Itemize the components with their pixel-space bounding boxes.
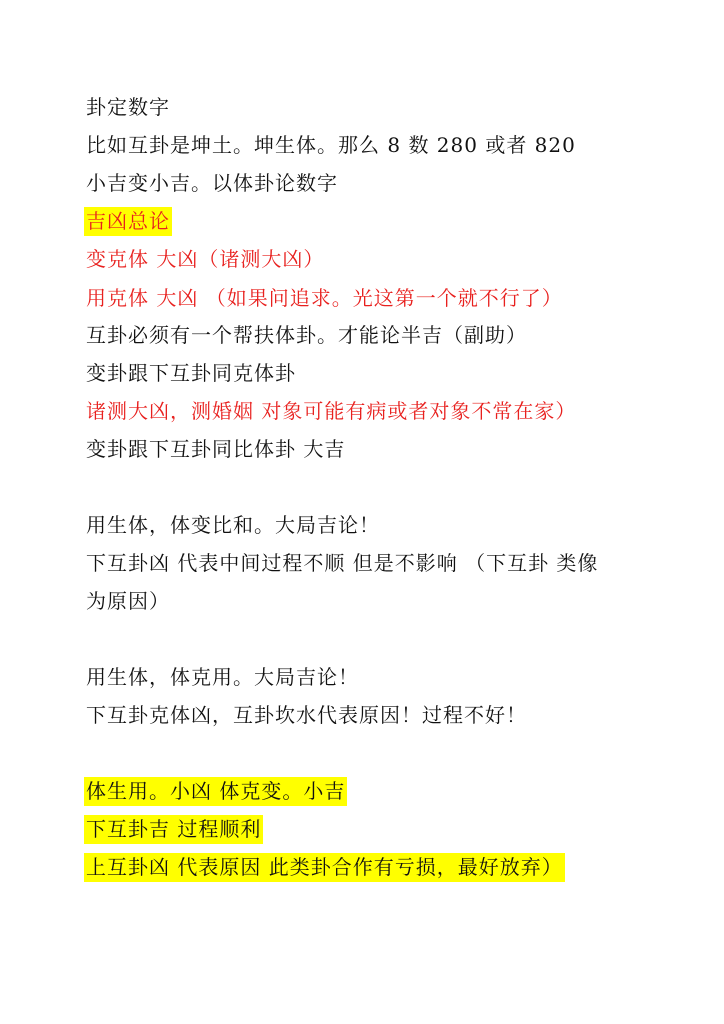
- line-text: 小吉变小吉。以体卦论数字: [86, 171, 338, 195]
- red-text-line: 变克体 大凶（诸测大凶）: [86, 244, 324, 274]
- red-text-line: 诸测大凶，测婚姻 对象可能有病或者对象不常在家）: [86, 396, 576, 426]
- document-page: 卦定数字 比如互卦是坤土。坤生体。那么 8 数 280 或者 820 小吉变小吉…: [0, 0, 724, 1024]
- highlighted-text: 吉凶总论: [84, 207, 172, 236]
- text-line: 下互卦凶 代表中间过程不顺 但是不影响 （下互卦 类像: [86, 548, 598, 578]
- red-text-line: 用克体 大凶 （如果问追求。光这第一个就不行了）: [86, 283, 563, 313]
- line-text: 卦定数字: [86, 95, 170, 119]
- text-line: 用生体，体变比和。大局吉论！: [86, 510, 380, 540]
- line-text: 比如互卦是坤土。坤生体。那么 8 数 280 或者 820: [86, 133, 576, 157]
- text-line: 用生体，体克用。大局吉论！: [86, 662, 359, 692]
- line-text: 诸测大凶，测婚姻 对象可能有病或者对象不常在家）: [86, 399, 576, 423]
- heading-fortune-summary: 吉凶总论: [86, 206, 172, 236]
- line-text: 变卦跟下互卦同比体卦 大吉: [86, 437, 345, 461]
- text-line: 小吉变小吉。以体卦论数字: [86, 168, 338, 198]
- line-text: 用克体 大凶 （如果问追求。光这第一个就不行了）: [86, 286, 563, 310]
- highlighted-line: 下互卦吉 过程顺利: [86, 814, 263, 844]
- highlighted-line: 体生用。小凶 体克变。小吉: [86, 776, 347, 806]
- line-text: 变克体 大凶（诸测大凶）: [86, 247, 324, 271]
- line-text: 下互卦克体凶，互卦坎水代表原因！过程不好！: [86, 703, 527, 727]
- text-line: 变卦跟下互卦同克体卦: [86, 358, 296, 388]
- highlighted-text: 上互卦凶 代表原因 此类卦合作有亏损，最好放弃）: [84, 853, 565, 882]
- text-line: 比如互卦是坤土。坤生体。那么 8 数 280 或者 820: [86, 130, 576, 160]
- line-text: 用生体，体克用。大局吉论！: [86, 665, 359, 689]
- highlighted-line: 上互卦凶 代表原因 此类卦合作有亏损，最好放弃）: [86, 852, 565, 882]
- line-text: 为原因）: [86, 589, 170, 613]
- line-text: 互卦必须有一个帮扶体卦。才能论半吉（副助）: [86, 323, 527, 347]
- text-line: 下互卦克体凶，互卦坎水代表原因！过程不好！: [86, 700, 527, 730]
- line-text: 用生体，体变比和。大局吉论！: [86, 513, 380, 537]
- highlighted-text: 体生用。小凶 体克变。小吉: [84, 777, 347, 806]
- highlighted-text: 下互卦吉 过程顺利: [84, 815, 263, 844]
- text-line: 变卦跟下互卦同比体卦 大吉: [86, 434, 345, 464]
- heading-gua-number: 卦定数字: [86, 92, 170, 122]
- line-text: 下互卦凶 代表中间过程不顺 但是不影响 （下互卦 类像: [86, 551, 598, 575]
- text-line: 互卦必须有一个帮扶体卦。才能论半吉（副助）: [86, 320, 527, 350]
- line-text: 变卦跟下互卦同克体卦: [86, 361, 296, 385]
- text-line: 为原因）: [86, 586, 170, 616]
